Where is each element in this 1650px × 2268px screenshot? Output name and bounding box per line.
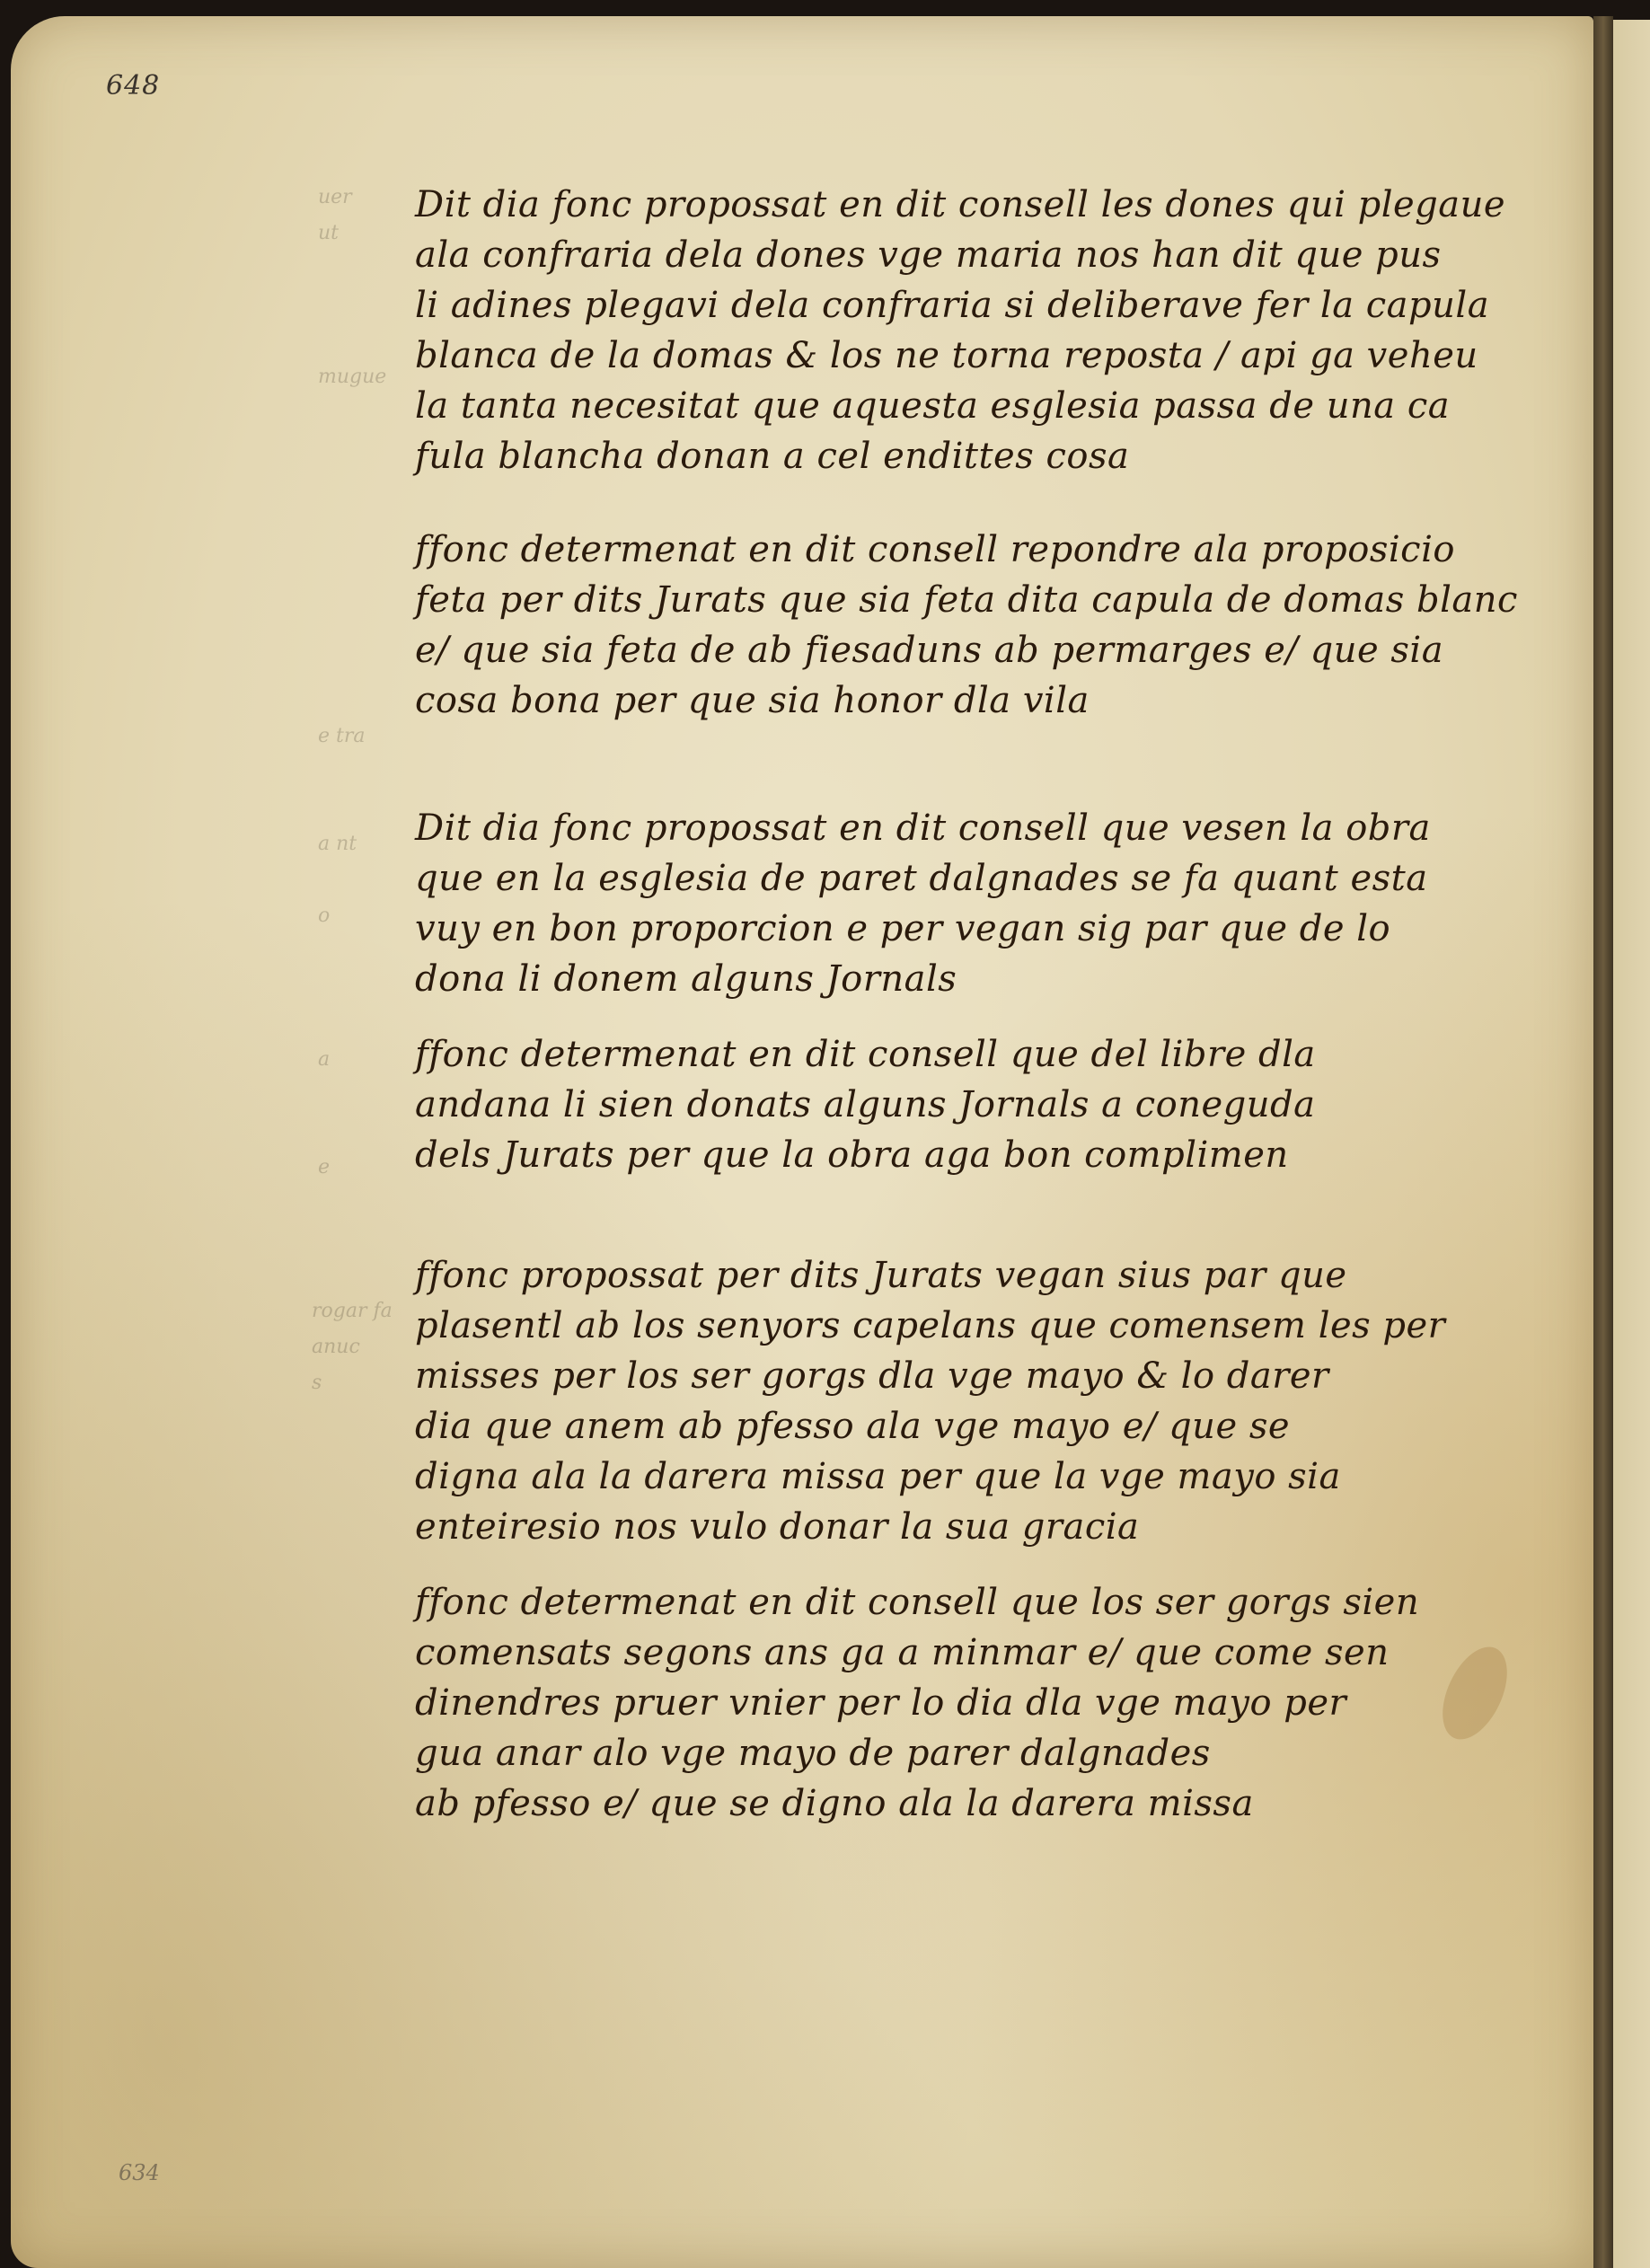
entry-line: la tanta necesitat que aquesta esglesia … [415, 381, 1493, 431]
entry-line: ffonc propossat per dits Jurats vegan si… [415, 1250, 1493, 1301]
entry-4: ffonc determenat en dit consell que del … [415, 1029, 1493, 1180]
entry-line: digna ala la darera missa per que la vge… [415, 1452, 1493, 1502]
entry-line: dona li donem alguns Jornals [415, 954, 1493, 1004]
entry-line: feta per dits Jurats que sia feta dita c… [415, 575, 1493, 625]
entry-line: ffonc determenat en dit consell que del … [415, 1029, 1493, 1080]
entry-line: gua anar alo vge mayo de parer dalgnades [415, 1728, 1493, 1778]
entry-line: dia que anem ab pfesso ala vge mayo e/ q… [415, 1401, 1493, 1452]
entry-line: plasentl ab los senyors capelans que com… [415, 1301, 1493, 1351]
entry-1: Dit dia fonc propossat en dit consell le… [415, 180, 1493, 481]
entry-line: cosa bona per que sia honor dla vila [415, 675, 1493, 726]
entry-line: blanca de la domas & los ne torna repost… [415, 331, 1493, 381]
entry-2: ffonc determenat en dit consell repondre… [415, 525, 1493, 726]
entry-6: ffonc determenat en dit consell que los … [415, 1577, 1493, 1829]
adjacent-page-edge [1613, 20, 1650, 2268]
old-folio-number: 634 [119, 2160, 160, 2185]
margin-bleedthrough-text: uer ut mugue e tra a nt o a e rogar fa a… [305, 180, 431, 1886]
entry-5: ffonc propossat per dits Jurats vegan si… [415, 1250, 1493, 1552]
entry-line: ffonc determenat en dit consell repondre… [415, 525, 1493, 575]
entry-line: ffonc determenat en dit consell que los … [415, 1577, 1493, 1628]
entry-line: dels Jurats per que la obra aga bon comp… [415, 1130, 1493, 1180]
entry-line: dinendres pruer vnier per lo dia dla vge… [415, 1678, 1493, 1728]
manuscript-body: Dit dia fonc propossat en dit consell le… [415, 180, 1493, 1829]
entry-line: Dit dia fonc propossat en dit consell qu… [415, 803, 1493, 853]
entry-3: Dit dia fonc propossat en dit consell qu… [415, 803, 1493, 1004]
entry-line: enteiresio nos vulo donar la sua gracia [415, 1502, 1493, 1552]
entry-line: ala confraria dela dones vge maria nos h… [415, 230, 1493, 280]
entry-line: li adines plegavi dela confraria si deli… [415, 280, 1493, 331]
entry-line: vuy en bon proporcion e per vegan sig pa… [415, 904, 1493, 954]
entry-line: misses per los ser gorgs dla vge mayo & … [415, 1351, 1493, 1401]
folio-number: 648 [106, 70, 160, 101]
entry-line: fula blancha donan a cel endittes cosa [415, 431, 1493, 481]
entry-line: Dit dia fonc propossat en dit consell le… [415, 180, 1493, 230]
entry-line: e/ que sia feta de ab fiesaduns ab perma… [415, 625, 1493, 675]
scanned-folio: 648 634 uer ut mugue e tra a nt o a e ro… [0, 0, 1650, 2268]
binding-gutter [1593, 16, 1613, 2268]
entry-line: comensats segons ans ga a minmar e/ que … [415, 1628, 1493, 1678]
entry-line: que en la esglesia de paret dalgnades se… [415, 853, 1493, 904]
entry-line: ab pfesso e/ que se digno ala la darera … [415, 1778, 1493, 1829]
entry-line: andana li sien donats alguns Jornals a c… [415, 1080, 1493, 1130]
